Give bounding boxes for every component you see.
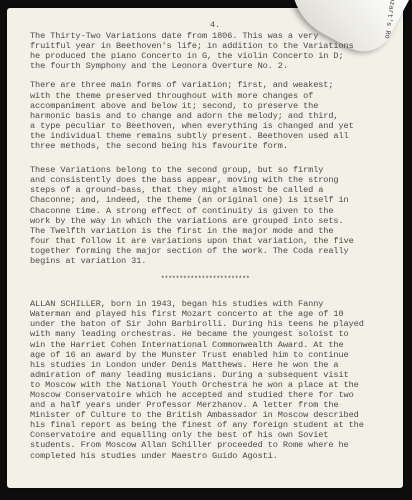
typed-page: Mozart's Ro 4. The Thirty-Two Variations… bbox=[7, 8, 403, 488]
paragraph-intro: The Thirty-Two Variations date from 1806… bbox=[30, 31, 380, 71]
paragraph-forms: There are three main forms of variation;… bbox=[30, 80, 380, 151]
separator: ************************ bbox=[30, 275, 380, 285]
paragraph-biography: ALLAN SCHILLER, born in 1943, began his … bbox=[30, 299, 380, 461]
paragraph-chaconne: These Variations belong to the second gr… bbox=[30, 165, 380, 266]
curled-page-text: Mozart's Ro bbox=[382, 0, 396, 39]
page-content: 4. The Thirty-Two Variations date from 1… bbox=[30, 20, 380, 470]
page-number: 4. bbox=[50, 20, 380, 30]
